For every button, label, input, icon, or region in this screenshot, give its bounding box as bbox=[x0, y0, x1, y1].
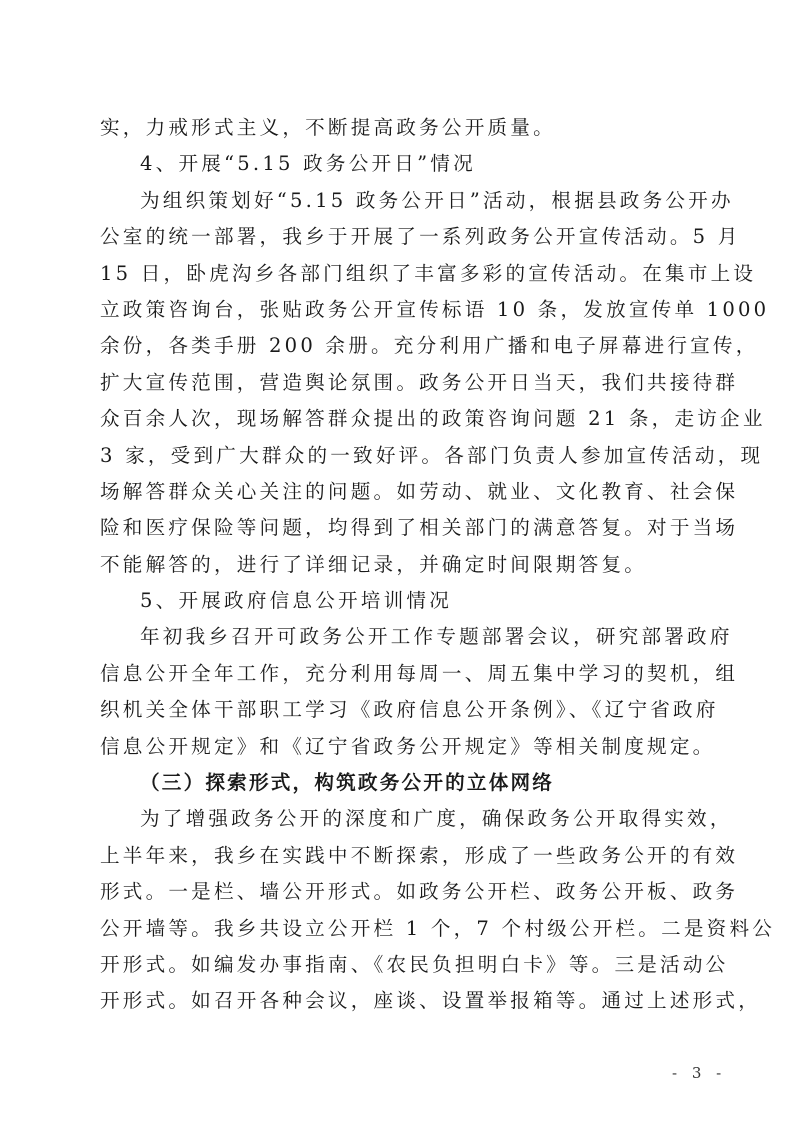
paragraph-line: 3 家，受到广大群众的一致好评。各部门负责人参加宣传活动，现 bbox=[100, 438, 710, 474]
paragraph-line: 织机关全体干部职工学习《政府信息公开条例》、《辽宁省政府 bbox=[100, 692, 710, 728]
paragraph-line: 立政策咨询台，张贴政务公开宣传标语 10 条，发放宣传单 1000 bbox=[100, 292, 710, 328]
paragraph-line: 信息公开规定》和《辽宁省政务公开规定》等相关制度规定。 bbox=[100, 729, 710, 765]
paragraph-line: 形式。一是栏、墙公开形式。如政务公开栏、政务公开板、政务 bbox=[100, 874, 710, 910]
paragraph-line: 为了增强政务公开的深度和广度，确保政务公开取得实效， bbox=[100, 801, 710, 837]
paragraph-line: 开形式。如召开各种会议，座谈、设置举报箱等。通过上述形式， bbox=[100, 983, 710, 1019]
paragraph-line: 为组织策划好“5.15 政务公开日”活动，根据县政务公开办 bbox=[100, 183, 710, 219]
paragraph-line: 上半年来，我乡在实践中不断探索，形成了一些政务公开的有效 bbox=[100, 838, 710, 874]
paragraph-line: 开形式。如编发办事指南、《农民负担明白卡》等。三是活动公 bbox=[100, 947, 710, 983]
paragraph-line: 15 日，卧虎沟乡各部门组织了丰富多彩的宣传活动。在集市上设 bbox=[100, 256, 710, 292]
paragraph-line: 险和医疗保险等问题，均得到了相关部门的满意答复。对于当场 bbox=[100, 510, 710, 546]
paragraph-line: 扩大宣传范围，营造舆论氛围。政务公开日当天，我们共接待群 bbox=[100, 365, 710, 401]
paragraph-line: 信息公开全年工作，充分利用每周一、周五集中学习的契机，组 bbox=[100, 656, 710, 692]
paragraph-line: 公开墙等。我乡共设立公开栏 1 个，7 个村级公开栏。二是资料公 bbox=[100, 911, 710, 947]
subheading-4: 4、开展“5.15 政务公开日”情况 bbox=[100, 146, 710, 182]
section-heading-3: （三）探索形式，构筑政务公开的立体网络 bbox=[100, 765, 710, 801]
paragraph-line: 余份，各类手册 200 余册。充分利用广播和电子屏幕进行宣传， bbox=[100, 328, 710, 364]
document-body: 实，力戒形式主义，不断提高政务公开质量。 4、开展“5.15 政务公开日”情况 … bbox=[100, 110, 710, 1020]
paragraph-line: 年初我乡召开可政务公开工作专题部署会议，研究部署政府 bbox=[100, 619, 710, 655]
paragraph-line: 众百余人次，现场解答群众提出的政策咨询问题 21 条，走访企业 bbox=[100, 401, 710, 437]
paragraph-line: 实，力戒形式主义，不断提高政务公开质量。 bbox=[100, 110, 710, 146]
paragraph-line: 公室的统一部署，我乡于开展了一系列政务公开宣传活动。5 月 bbox=[100, 219, 710, 255]
paragraph-line: 场解答群众关心关注的问题。如劳动、就业、文化教育、社会保 bbox=[100, 474, 710, 510]
paragraph-line: 不能解答的，进行了详细记录，并确定时间限期答复。 bbox=[100, 547, 710, 583]
page-number: - 3 - bbox=[672, 1064, 726, 1082]
subheading-5: 5、开展政府信息公开培训情况 bbox=[100, 583, 710, 619]
